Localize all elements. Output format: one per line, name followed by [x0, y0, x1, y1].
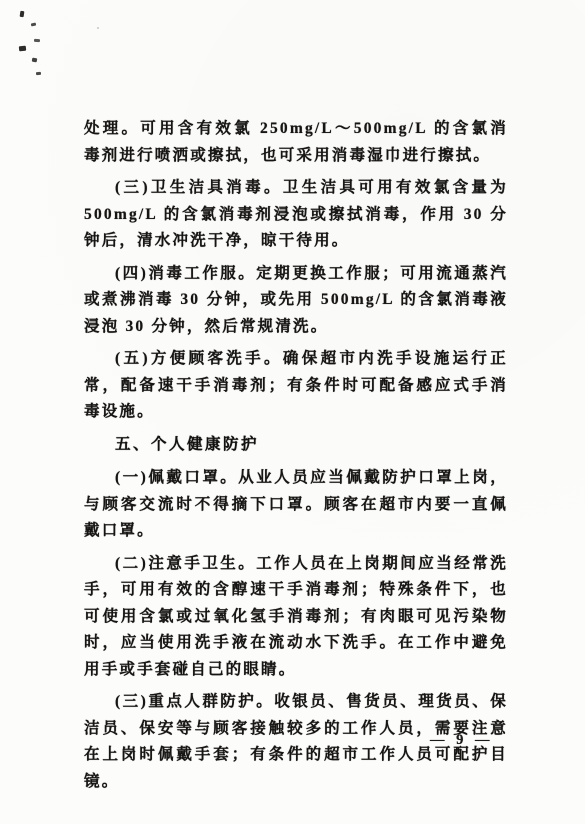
document-body: 处理。可用含有效氯 250mg/L～500mg/L 的含氯消毒剂进行喷洒或擦拭，…: [84, 116, 508, 801]
ink-speck: [32, 58, 38, 63]
body-paragraph-item-3: (三)卫生洁具消毒。卫生洁具可用有效氯含量为 500mg/L 的含氯消毒剂浸泡或…: [84, 175, 508, 255]
ink-speck: [97, 27, 99, 29]
ink-speck: [19, 46, 26, 52]
ink-speck: [20, 11, 25, 17]
body-paragraph-item-4: (四)消毒工作服。定期更换工作服；可用流通蒸汽或煮沸消毒 30 分钟，或先用 5…: [84, 261, 508, 341]
page-number: — 9 —: [430, 732, 494, 749]
ink-speck: [34, 39, 40, 43]
body-paragraph-item-5: (五)方便顾客洗手。确保超市内洗手设施运行正常，配备速干手消毒剂；有条件时可配备…: [84, 346, 508, 426]
ink-speck: [36, 72, 41, 75]
body-paragraph-item-2: (二)注意手卫生。工作人员在上岗期间应当经常洗手，可用有效的含醇速干手消毒剂；特…: [84, 551, 508, 684]
body-paragraph-continuation: 处理。可用含有效氯 250mg/L～500mg/L 的含氯消毒剂进行喷洒或擦拭，…: [84, 116, 508, 169]
ink-speck: [31, 23, 37, 27]
section-heading-personal-protection: 五、个人健康防护: [84, 432, 508, 459]
scanned-document-page: 处理。可用含有效氯 250mg/L～500mg/L 的含氯消毒剂进行喷洒或擦拭，…: [0, 0, 585, 824]
body-paragraph-item-1: (一)佩戴口罩。从业人员应当佩戴防护口罩上岗，与顾客交流时不得摘下口罩。顾客在超…: [84, 465, 508, 545]
